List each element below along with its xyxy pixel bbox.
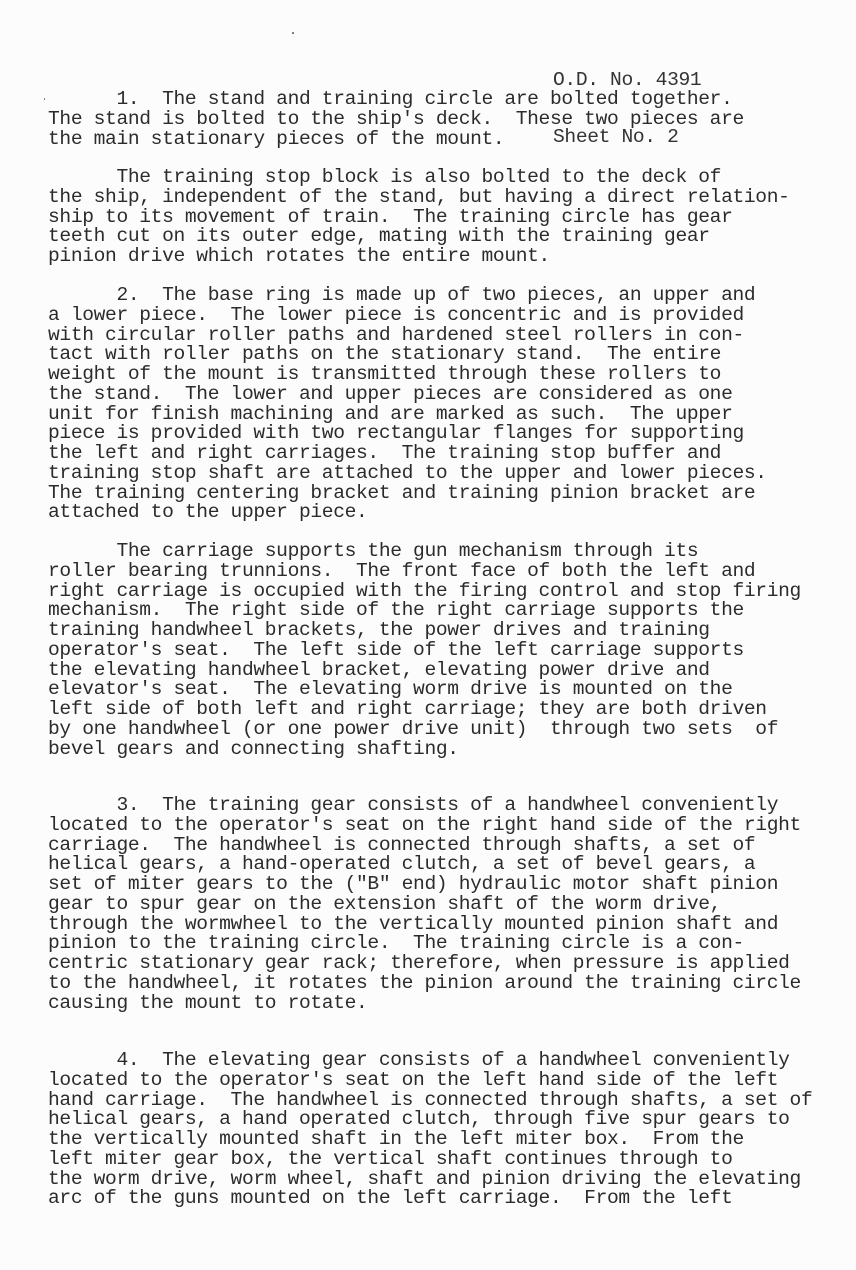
text-line: roller bearing trunnions. The front face…: [48, 562, 801, 582]
text-line: training handwheel brackets, the power d…: [48, 621, 801, 641]
text-line: the vertically mounted shaft in the left…: [48, 1130, 812, 1150]
text-line: weight of the mount is transmitted throu…: [48, 365, 767, 385]
paragraph-1: 1. The stand and training circle are bol…: [48, 90, 744, 149]
text-line: bevel gears and connecting shafting.: [48, 740, 801, 760]
paragraph-4: 4. The elevating gear consists of a hand…: [48, 1051, 812, 1209]
text-line: 1. The stand and training circle are bol…: [48, 90, 744, 110]
paragraph-1-continued: The training stop block is also bolted t…: [48, 168, 790, 267]
text-line: the main stationary pieces of the mount.: [48, 130, 744, 150]
text-line: the ship, independent of the stand, but …: [48, 188, 790, 208]
text-line: 2. The base ring is made up of two piece…: [48, 286, 767, 306]
text-line: by one handwheel (or one power drive uni…: [48, 720, 801, 740]
scan-speck: [44, 98, 45, 100]
paragraph-3: 3. The training gear consists of a handw…: [48, 796, 801, 1013]
text-line: the left and right carriages. The traini…: [48, 444, 767, 464]
text-line: 4. The elevating gear consists of a hand…: [48, 1051, 812, 1071]
text-line: The carriage supports the gun mechanism …: [48, 542, 801, 562]
text-line: set of miter gears to the ("B" end) hydr…: [48, 875, 801, 895]
text-line: The stand is bolted to the ship's deck. …: [48, 110, 744, 130]
text-line: arc of the guns mounted on the left carr…: [48, 1189, 812, 1209]
text-line: centric stationary gear rack; therefore,…: [48, 954, 801, 974]
text-line: located to the operator's seat on the le…: [48, 1071, 812, 1091]
text-line: gear to spur gear on the extension shaft…: [48, 895, 801, 915]
scan-speck: [292, 32, 294, 34]
text-line: left miter gear box, the vertical shaft …: [48, 1150, 812, 1170]
text-line: 3. The training gear consists of a handw…: [48, 796, 801, 816]
text-line: causing the mount to rotate.: [48, 994, 801, 1014]
text-line: operator's seat. The left side of the le…: [48, 641, 801, 661]
text-line: to the handwheel, it rotates the pinion …: [48, 974, 801, 994]
text-line: a lower piece. The lower piece is concen…: [48, 306, 767, 326]
text-line: The training stop block is also bolted t…: [48, 168, 790, 188]
text-line: left side of both left and right carriag…: [48, 700, 801, 720]
text-line: located to the operator's seat on the ri…: [48, 816, 801, 836]
text-line: training stop shaft are attached to the …: [48, 464, 767, 484]
paragraph-2-continued: The carriage supports the gun mechanism …: [48, 542, 801, 759]
text-line: pinion drive which rotates the entire mo…: [48, 247, 790, 267]
text-line: the stand. The lower and upper pieces ar…: [48, 385, 767, 405]
document-page: O.D. No. 4391 Sheet No. 2 1. The stand a…: [0, 0, 856, 1270]
paragraph-2: 2. The base ring is made up of two piece…: [48, 286, 767, 523]
text-line: attached to the upper piece.: [48, 503, 767, 523]
